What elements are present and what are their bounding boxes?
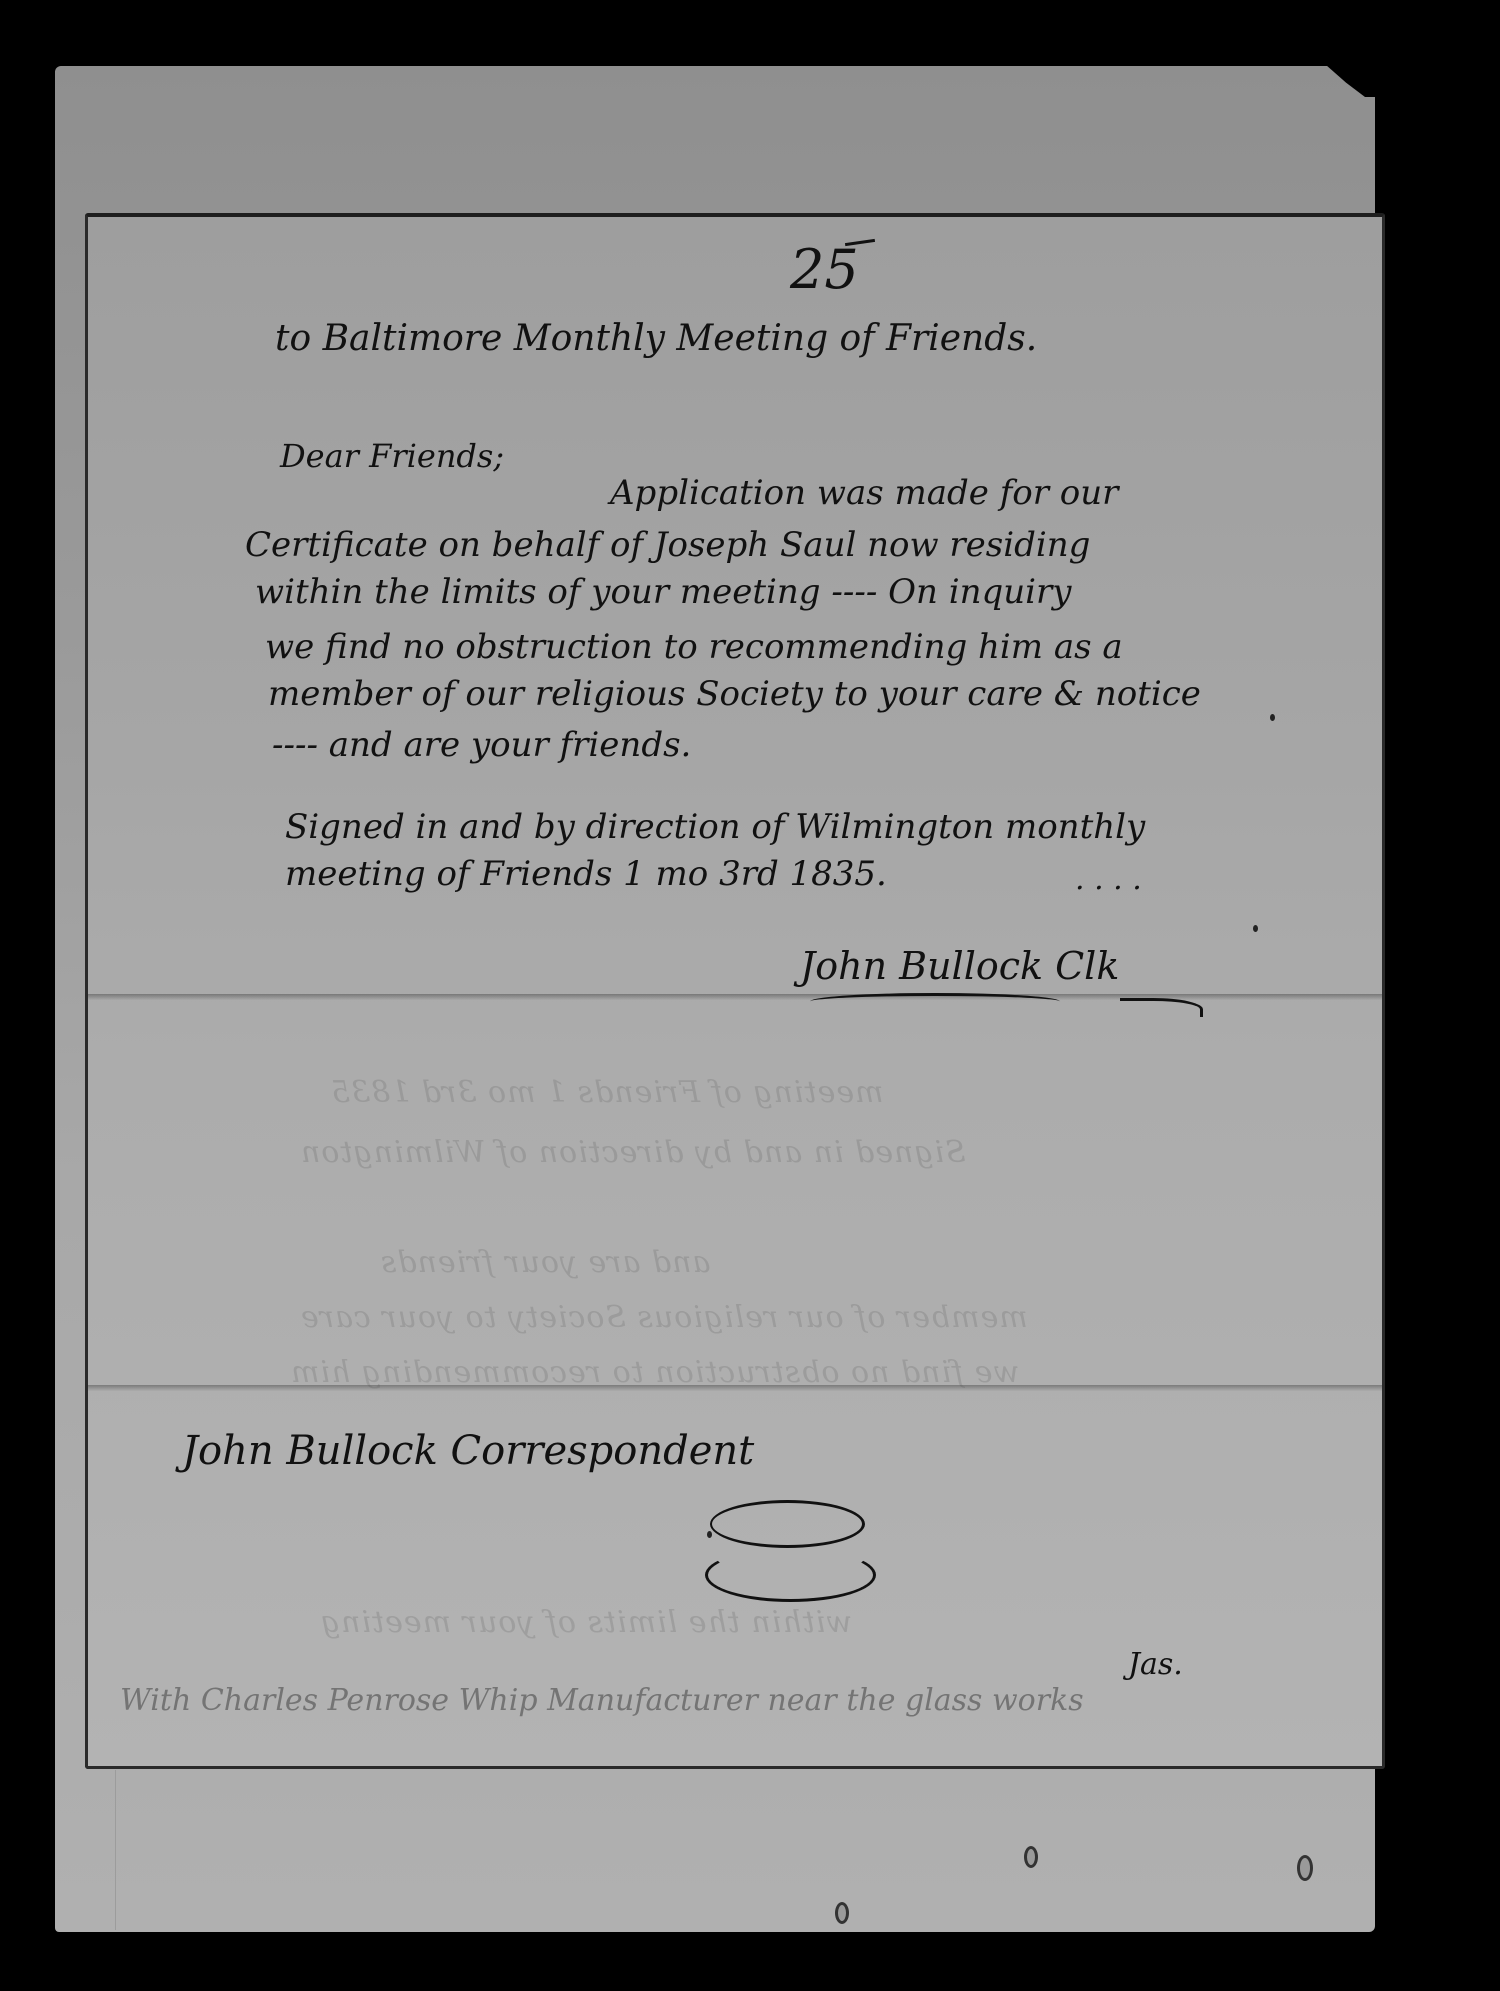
body-line: we find no obstruction to recommending h…: [265, 627, 1123, 667]
bleed-through-text: Signed in and by direction of Wilmington: [300, 1135, 966, 1170]
folio-number: 25: [790, 238, 859, 301]
fold-crease: [88, 994, 1382, 1000]
signature-flourish: [710, 1500, 865, 1548]
body-line: Application was made for our: [610, 473, 1118, 513]
bleed-through-text: meeting of Friends 1 mo 3rd 1835: [330, 1075, 884, 1110]
bleed-through-text: member of our religious Society to your …: [300, 1300, 1028, 1335]
correspondent-signature: John Bullock Correspondent: [182, 1428, 754, 1474]
faint-address-note: With Charles Penrose Whip Manufacturer n…: [120, 1683, 1084, 1718]
body-line: member of our religious Society to your …: [268, 674, 1201, 714]
paper-hole: [1297, 1855, 1313, 1881]
paper-hole: [835, 1902, 849, 1924]
paper-edge-strip: [55, 1770, 116, 1930]
ink-speck: [707, 1531, 712, 1538]
bleed-through-text: and are your friends: [380, 1245, 710, 1280]
note-superscript: Jas.: [1128, 1647, 1183, 1682]
signature-flourish: [810, 993, 1060, 1010]
ink-speck: [1253, 925, 1258, 932]
paper-hole: [1024, 1846, 1038, 1868]
signature-flourish: [705, 1548, 876, 1602]
signing-statement: Signed in and by direction of Wilmington…: [285, 807, 1145, 847]
body-line: ---- and are your friends.: [272, 725, 691, 765]
trailing-dots: . . . .: [1075, 862, 1142, 897]
salutation: Dear Friends;: [280, 437, 504, 475]
body-line: within the limits of your meeting ---- O…: [255, 572, 1071, 612]
clerk-signature: John Bullock Clk: [800, 944, 1119, 988]
address-line: to Baltimore Monthly Meeting of Friends.: [275, 318, 1037, 359]
ink-speck: [1270, 714, 1275, 721]
bleed-through-text: we find no obstruction to recommending h…: [290, 1355, 1019, 1390]
signing-date: meeting of Friends 1 mo 3rd 1835.: [285, 854, 887, 894]
bleed-through-text: within the limits of your meeting: [320, 1605, 852, 1640]
torn-corner: [1326, 65, 1376, 97]
body-line: Certificate on behalf of Joseph Saul now…: [245, 525, 1090, 565]
